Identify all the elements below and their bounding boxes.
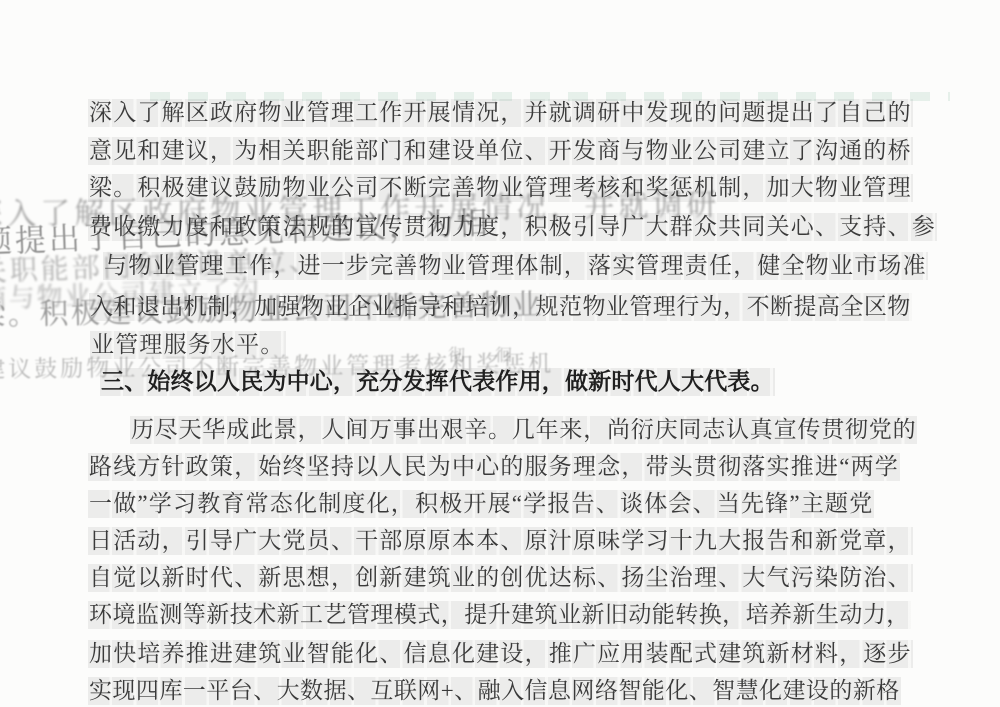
body-line-15: 实现四库一平台、大数据、互联网+、融入信息网络智能化、智慧化建设的新格: [88, 677, 901, 705]
body-line-8: 历尽天华成此景，人间万事出艰辛。几年来，尚衍庆同志认真宣传贯彻党的: [130, 416, 917, 444]
body-line-6: 入和退出机制，加强物业企业指导和培训，规范物业管理行为，不断提高全区物: [89, 293, 912, 321]
body-line-10: 一做”学习教育常态化制度化，积极开展“学报告、谈体会、当先锋”主题党: [88, 490, 874, 518]
body-line-11: 日活动，引导广大党员、干部原原本本、原汁原味学习十九大报告和新党章，: [88, 527, 913, 555]
body-line-13: 环境监测等新技术新工艺管理模式，提升建筑业新旧动能转换，培养新生动力，: [88, 601, 911, 629]
body-line-4: 费收缴力度和政策法规的宣传贯彻力度，积极引导广大群众共同关心、支持、参: [88, 213, 937, 241]
body-line-1: 深入了解区政府物业管理工作开展情况，并就调研中发现的问题提出了自己的: [88, 99, 913, 127]
body-line-5: 与物业管理工作，进一步完善物业管理体制，落实管理责任，健全物业市场准: [103, 252, 928, 280]
scanned-document-page: 深入了解区政府物业管理工作开展情况，并就调研 题提出了自己的意见和建议，为相 关…: [0, 0, 1000, 707]
body-line-9: 路线方针政策，始终坚持以人民为中心的服务理念，带头贯彻落实推进“两学: [88, 453, 900, 481]
section-heading: 三、始终以人民为中心，充分发挥代表作用，做新时代人大代表。: [100, 368, 775, 396]
body-line-3: 梁。积极建议鼓励物业公司不断完善物业管理考核和奖惩机制，加大物业管理: [88, 174, 913, 202]
body-line-7: 业管理服务水平。: [90, 331, 286, 359]
body-line-2: 意见和建议，为相关职能部门和建设单位、开发商与物业公司建立了沟通的桥: [88, 137, 913, 165]
body-line-12: 自觉以新时代、新思想，创新建筑业的创优达标、扬尘治理、大气污染防治、: [88, 564, 913, 592]
body-line-14: 加快培养推进建筑业智能化、信息化建设，推广应用装配式建筑新材料，逐步: [88, 640, 913, 668]
ghost-line-7: 彻徊: [448, 341, 542, 366]
